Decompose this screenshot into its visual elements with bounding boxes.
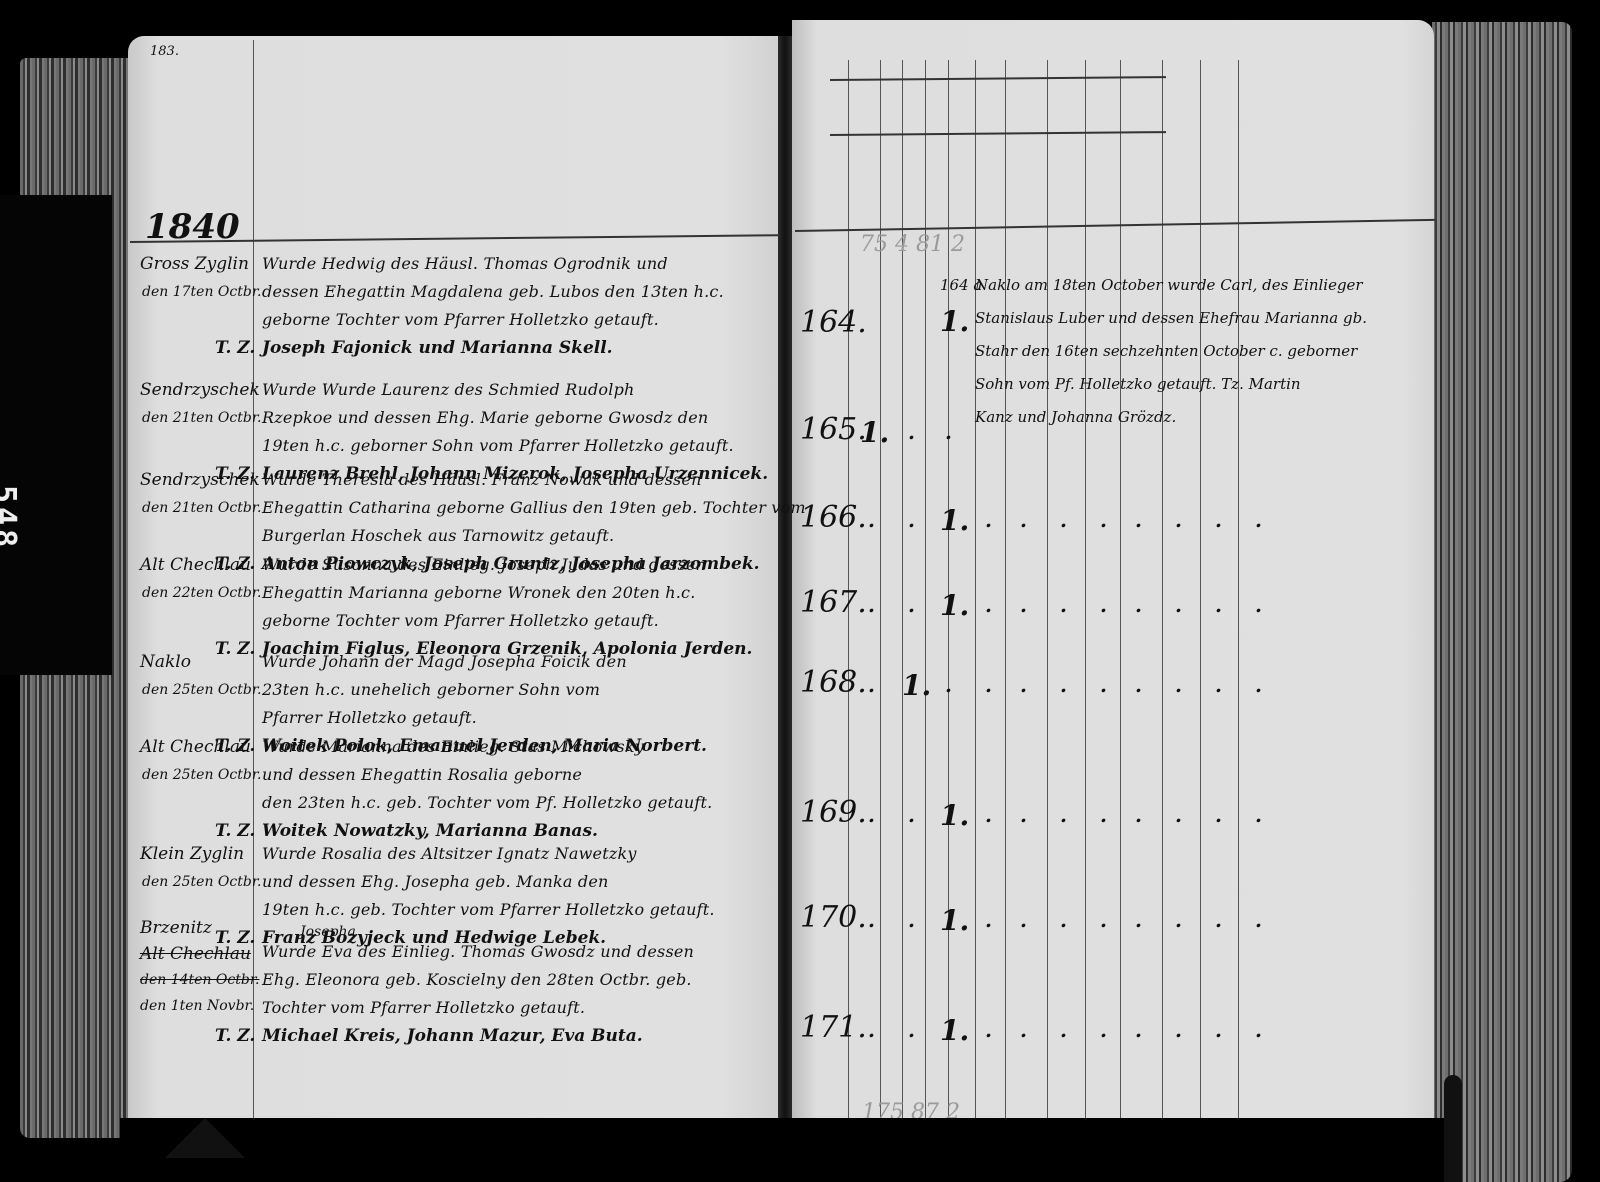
row-dot: . [1255, 673, 1262, 697]
column-rule [1120, 60, 1121, 1120]
entry-place: Sendrzyschek [140, 380, 260, 400]
row-dot: . [1135, 673, 1142, 697]
book-gutter [778, 36, 792, 1136]
entry-place-struck: Alt Chechlau [140, 944, 251, 964]
row-dot: . [1135, 908, 1142, 932]
godparents-line: Woitek Nowatzky, Marianna Banas. [262, 821, 598, 841]
entry-place: Alt Chechlau [140, 555, 251, 575]
column-rule [1238, 60, 1239, 1120]
row-dot: . [1100, 908, 1107, 932]
column-rule [925, 60, 926, 1120]
row-dot: . [1215, 1018, 1222, 1042]
archive-label-number: 548 [0, 485, 22, 551]
column-rule [1047, 60, 1048, 1120]
entry-line: Pfarrer Holletzko getauft. [262, 708, 477, 727]
row-dot: . [1175, 803, 1182, 827]
row-dot: . [1135, 803, 1142, 827]
row-number: 169. [800, 795, 867, 830]
row-dot: . [945, 420, 952, 444]
row-dot: . [1175, 508, 1182, 532]
entry-line: 23ten h.c. unehelich geborner Sohn vom [262, 680, 600, 699]
entry-line: Ehegattin Marianna geborne Wronek den 20… [262, 583, 696, 602]
row-dot: . [1215, 593, 1222, 617]
godparents-prefix: T. Z. [215, 338, 255, 358]
entry-date: den 25ten Octbr. [142, 874, 261, 890]
row-dot: . [1100, 673, 1107, 697]
entry-line: den 23ten h.c. geb. Tochter vom Pf. Holl… [262, 793, 712, 812]
entry-date-struck: den 14ten Octbr. [140, 972, 259, 988]
column-rule [975, 60, 976, 1120]
row-dot: . [1100, 1018, 1107, 1042]
column-rule [902, 60, 903, 1120]
row-mark: 1. [940, 799, 969, 832]
register-year: 1840 [145, 207, 240, 247]
entry-line: Ehg. Eleonora geb. Koscielny den 28ten O… [262, 970, 692, 989]
row-dot: . [868, 908, 875, 932]
row-dot: . [1255, 1018, 1262, 1042]
row-dot: . [1215, 908, 1222, 932]
entry-line: Wurde Wurde Laurenz des Schmied Rudolph [262, 380, 635, 399]
entry-line: dessen Ehegattin Magdalena geb. Lubos de… [262, 282, 724, 301]
godparents-prefix: T. Z. [215, 821, 255, 841]
bottom-shadow [120, 1118, 1450, 1182]
row-dot: . [1060, 593, 1067, 617]
insert-note-line: Kanz und Johanna Grözdz. [975, 408, 1176, 426]
entry-line: geborne Tochter vom Pfarrer Holletzko ge… [262, 611, 659, 630]
row-number: 167. [800, 585, 867, 620]
row-mark: 1. [940, 1014, 969, 1047]
row-dot: . [1175, 673, 1182, 697]
entry-line: 19ten h.c. geborner Sohn vom Pfarrer Hol… [262, 436, 734, 455]
row-dot: . [908, 1018, 915, 1042]
row-dot: . [1215, 803, 1222, 827]
insert-note-line: Naklo am 18ten October wurde Carl, des E… [975, 276, 1363, 294]
entry-place: Sendrzyschek [140, 470, 260, 490]
faint-totals-top: 75 4 81 2 [860, 232, 965, 257]
page-number: 183. [150, 44, 179, 59]
column-rule [1162, 60, 1163, 1120]
row-dot: . [1175, 593, 1182, 617]
row-dot: . [985, 673, 992, 697]
row-dot: . [1100, 508, 1107, 532]
row-dot: . [1060, 908, 1067, 932]
row-mark: 1. [940, 589, 969, 622]
right-page-edges [1432, 22, 1572, 1182]
row-dot: . [868, 803, 875, 827]
row-mark: 1. [940, 504, 969, 537]
entry-date: den 22ten Octbr. [142, 585, 261, 601]
row-dot: . [1255, 908, 1262, 932]
row-number: 166. [800, 500, 867, 535]
column-rule [1005, 60, 1006, 1120]
row-number: 170. [800, 900, 867, 935]
entry-line: 19ten h.c. geb. Tochter vom Pfarrer Holl… [262, 900, 715, 919]
row-dot: . [1020, 1018, 1027, 1042]
row-dot: . [1215, 673, 1222, 697]
row-dot: . [1060, 673, 1067, 697]
entry-line: und dessen Ehg. Josepha geb. Manka den [262, 872, 609, 891]
row-dot: . [868, 1018, 875, 1042]
entry-date: den 25ten Octbr. [142, 767, 261, 783]
row-dot: . [985, 593, 992, 617]
row-number: 165. [800, 412, 867, 447]
row-mark: 1. [940, 904, 969, 937]
row-dot: . [1020, 508, 1027, 532]
column-rule [1085, 60, 1086, 1120]
entry-line: Rzepkoe und dessen Ehg. Marie geborne Gw… [262, 408, 708, 427]
insert-note-line: Stahr den 16ten sechzehnten October c. g… [975, 342, 1357, 360]
entry-date: den 17ten Octbr. [142, 284, 261, 300]
entry-date: den 1ten Novbr. [140, 998, 254, 1014]
row-mark: 1. [902, 669, 931, 702]
column-rule [880, 60, 881, 1120]
entry-date: den 25ten Octbr. [142, 682, 261, 698]
row-dot: . [908, 908, 915, 932]
row-number: 164. [800, 305, 867, 340]
entry-line: Wurde Theresia des Häusl. Franz Nowak un… [262, 470, 702, 489]
insert-note-line: Sohn vom Pf. Holletzko getauft. Tz. Mart… [975, 375, 1301, 393]
row-number: 168. [800, 665, 867, 700]
row-dot: . [1100, 803, 1107, 827]
row-dot: . [908, 508, 915, 532]
entry-line: Wurde Johann der Magd Josepha Foicik den [262, 652, 627, 671]
row-dot: . [985, 508, 992, 532]
row-dot: . [985, 908, 992, 932]
row-dot: . [1020, 908, 1027, 932]
row-dot: . [1135, 508, 1142, 532]
godparents-line: Joseph Fajonick und Marianna Skell. [262, 338, 613, 358]
entry-line: Ehegattin Catharina geborne Gallius den … [262, 498, 806, 517]
entry-date: den 21ten Octbr. [142, 500, 261, 516]
row-dot: . [1060, 803, 1067, 827]
row-dot: . [1100, 593, 1107, 617]
row-dot: . [1020, 593, 1027, 617]
register-scan: 548 183. 1840 Gross Zyglinden 17ten Octb… [0, 0, 1600, 1182]
entry-date: den 21ten Octbr. [142, 410, 261, 426]
row-dot: . [985, 1018, 992, 1042]
godparents-prefix: T. Z. [215, 639, 255, 659]
godparents-prefix: T. Z. [215, 1026, 255, 1046]
column-rule [1200, 60, 1201, 1120]
page-clip-left [165, 1118, 245, 1158]
row-dot: . [1135, 1018, 1142, 1042]
row-dot: . [985, 803, 992, 827]
row-dot: . [1060, 1018, 1067, 1042]
entry-line: Wurde Marianna des Einlieg. Stas Michows… [262, 737, 644, 756]
row-dot: . [1135, 593, 1142, 617]
entry-place: Klein Zyglin [140, 844, 244, 864]
entry-line: Wurde Eva des Einlieg. Thomas Gwosdz und… [262, 942, 694, 961]
row-dot: . [1020, 673, 1027, 697]
row-dot: . [1255, 593, 1262, 617]
row-number: 171. [800, 1010, 867, 1045]
page-clip-right [1444, 1075, 1462, 1182]
entry-line: und dessen Ehegattin Rosalia geborne [262, 765, 582, 784]
row-dot: . [1175, 908, 1182, 932]
archive-label-tab: 548 [0, 195, 112, 675]
row-dot: . [1020, 803, 1027, 827]
row-dot: . [1255, 803, 1262, 827]
entry-correction: Josepha [300, 924, 356, 940]
godparents-line: Michael Kreis, Johann Mazur, Eva Buta. [262, 1026, 643, 1046]
entry-place: Naklo [140, 652, 191, 672]
row-dot: . [868, 673, 875, 697]
row-dot: . [1255, 508, 1262, 532]
row-dot: . [945, 673, 952, 697]
entry-line: Wurde Susanna des Einlieg. Joseph Judas … [262, 555, 706, 574]
entry-line: geborne Tochter vom Pfarrer Holletzko ge… [262, 310, 659, 329]
entry-place: Gross Zyglin [140, 254, 249, 274]
row-mark: 1. [940, 305, 969, 338]
row-dot: . [868, 593, 875, 617]
row-mark: 1. [860, 416, 889, 449]
entry-place: Brzenitz [140, 918, 212, 938]
row-dot: . [908, 420, 915, 444]
entry-line: Tochter vom Pfarrer Holletzko getauft. [262, 998, 585, 1017]
right-page [792, 20, 1434, 1124]
entry-place: Alt Chechlau [140, 737, 251, 757]
entry-line: Burgerlan Hoschek aus Tarnowitz getauft. [262, 526, 614, 545]
row-dot: . [908, 593, 915, 617]
entry-line: Wurde Hedwig des Häusl. Thomas Ogrodnik … [262, 254, 668, 273]
insert-note-line: Stanislaus Luber und dessen Ehefrau Mari… [975, 309, 1367, 327]
row-dot: . [908, 803, 915, 827]
row-dot: . [868, 508, 875, 532]
row-dot: . [1060, 508, 1067, 532]
entry-line: Wurde Rosalia des Altsitzer Ignatz Nawet… [262, 844, 637, 863]
row-dot: . [1175, 1018, 1182, 1042]
row-dot: . [1215, 508, 1222, 532]
